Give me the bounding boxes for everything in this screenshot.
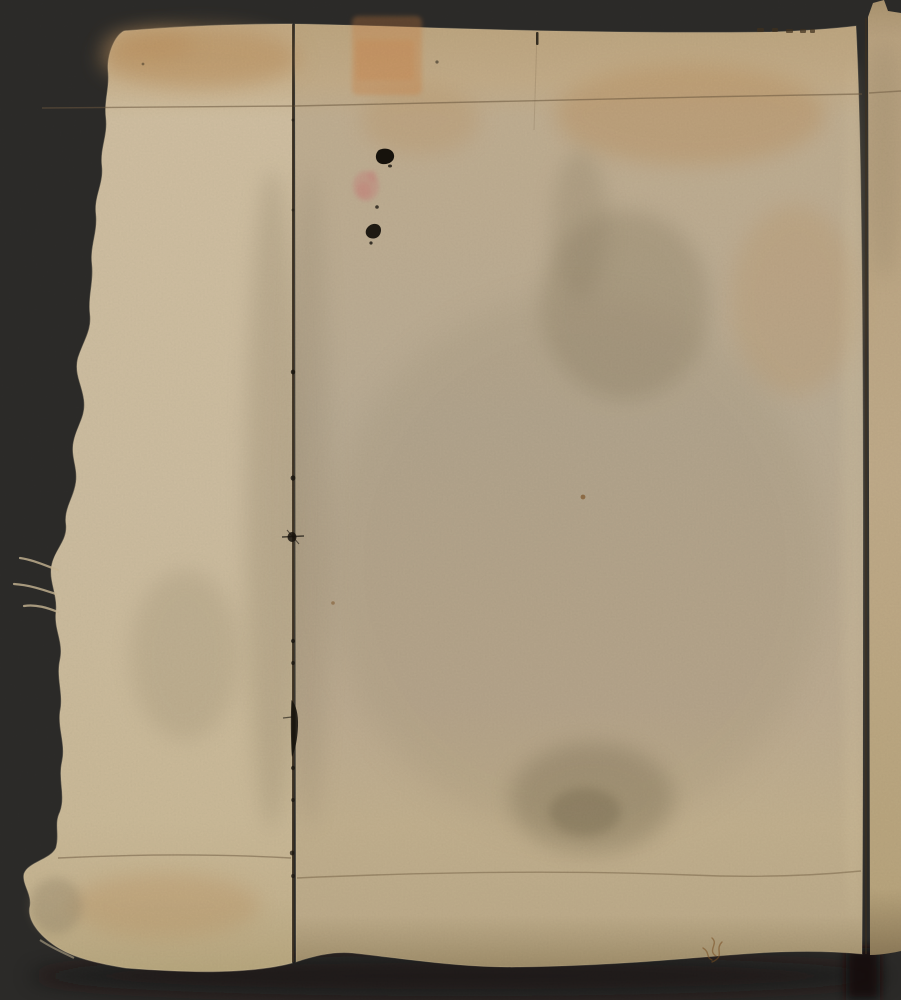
paper-grain-overlay bbox=[0, 0, 901, 1000]
book-scan-photo: Archival scan - blank aged leaf on dark … bbox=[0, 0, 901, 1000]
scan-viewport: Archival scan - blank aged leaf on dark … bbox=[0, 0, 901, 1000]
